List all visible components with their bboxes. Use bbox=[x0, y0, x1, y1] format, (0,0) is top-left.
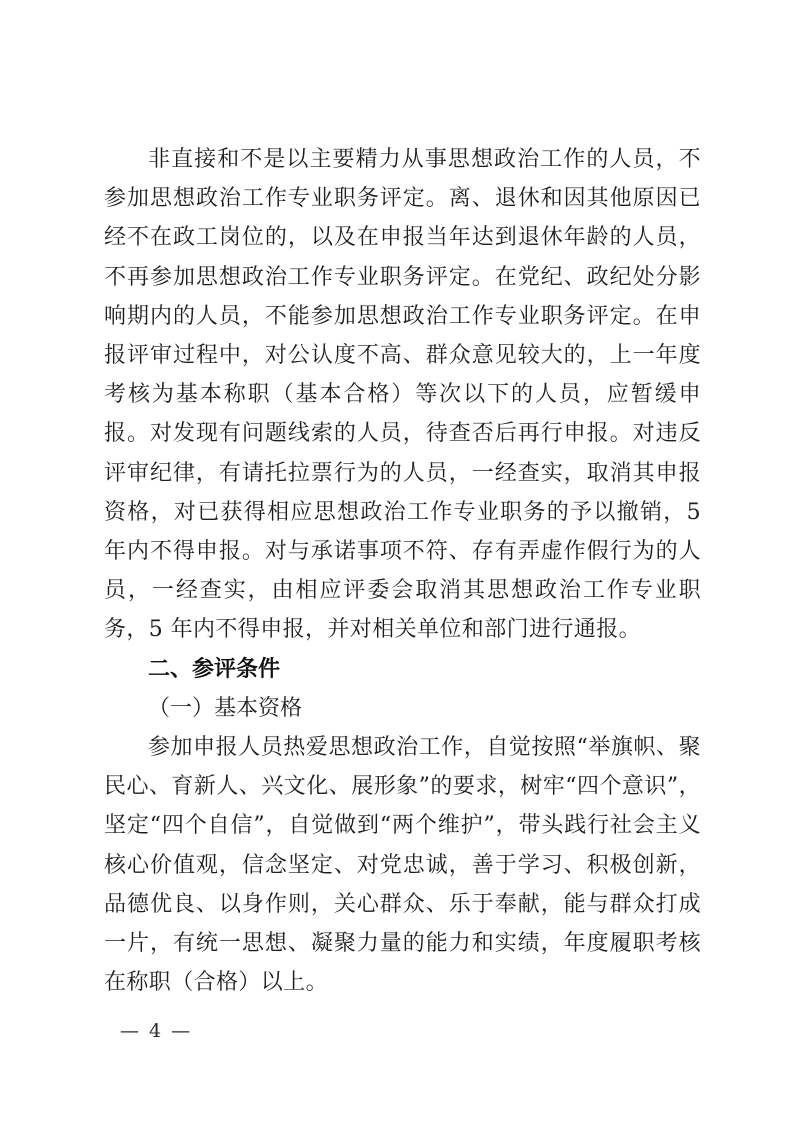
document-page: 非直接和不是以主要精力从事思想政治工作的人员，不参加思想政治工作专业职务评定。离… bbox=[0, 0, 793, 1122]
page-number: — 4 — bbox=[120, 1020, 192, 1042]
section-heading: 二、参评条件 bbox=[104, 650, 701, 689]
paragraph-eligibility-restrictions: 非直接和不是以主要精力从事思想政治工作的人员，不参加思想政治工作专业职务评定。离… bbox=[104, 140, 701, 650]
sub-heading: （一）基本资格 bbox=[104, 689, 701, 728]
paragraph-basic-qualifications: 参加申报人员热爱思想政治工作，自觉按照“举旗帜、聚民心、育新人、兴文化、展形象”… bbox=[104, 728, 701, 1002]
document-body: 非直接和不是以主要精力从事思想政治工作的人员，不参加思想政治工作专业职务评定。离… bbox=[104, 140, 701, 1002]
